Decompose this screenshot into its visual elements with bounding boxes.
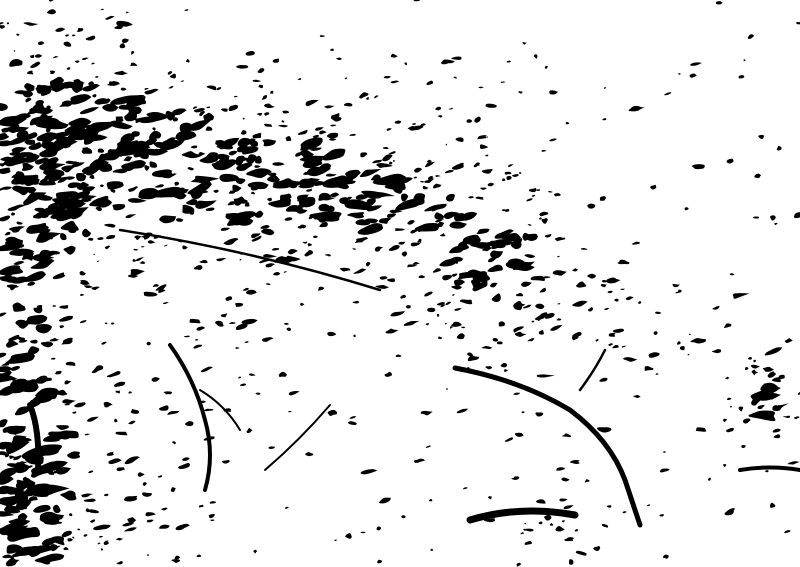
grunge-texture: [0, 0, 800, 567]
background: [0, 0, 800, 567]
